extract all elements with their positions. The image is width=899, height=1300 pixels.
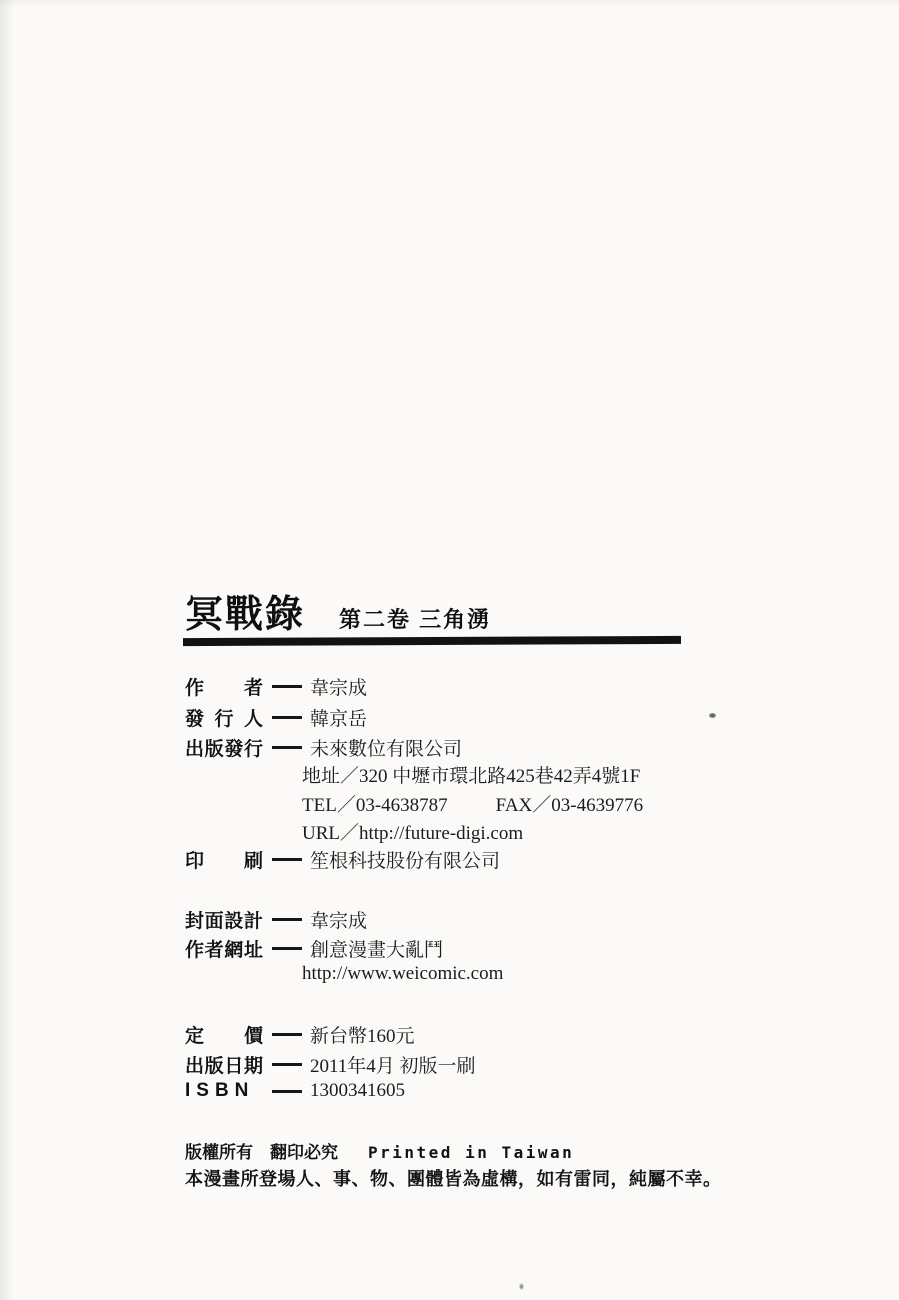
row-label: 作者網址 xyxy=(185,935,263,962)
row-value: 創意漫畫大亂鬥 xyxy=(310,935,443,962)
row-value: 1300341605 xyxy=(310,1080,405,1102)
row-publisher: 出版發行 未來數位有限公司 xyxy=(185,734,462,761)
row-author-site-url: http://www.weicomic.com xyxy=(302,963,503,985)
printed-in-taiwan: Printed in Taiwan xyxy=(368,1143,574,1162)
publisher-url: URL／http://future-digi.com xyxy=(302,818,523,845)
volume-subtitle: 第二卷 三角湧 xyxy=(339,603,491,634)
row-pub-date: 出版日期 2011年4月 初版一刷 xyxy=(185,1051,476,1078)
row-value: 未來數位有限公司 xyxy=(310,734,462,761)
book-title-block: 冥戰錄 第二卷 三角湧 xyxy=(185,583,491,638)
row-label: 作者 xyxy=(185,673,263,700)
row-value: 韓京岳 xyxy=(310,704,367,731)
publisher-fax: FAX／03-4639776 xyxy=(496,790,643,817)
scan-speck xyxy=(709,713,716,718)
row-author-site: 作者網址 創意漫畫大亂鬥 xyxy=(185,935,443,962)
scan-edge-shading xyxy=(0,0,14,1300)
dash-divider xyxy=(272,947,302,950)
row-value: 韋宗成 xyxy=(310,673,367,700)
publisher-tel: TEL／03-4638787 xyxy=(302,790,448,817)
dash-divider xyxy=(272,918,302,921)
colophon-page: 冥戰錄 第二卷 三角湧 作者 韋宗成 發行人 韓京岳 出版發行 未來數位有限公司… xyxy=(0,0,899,1300)
row-address: 地址／320 中壢市環北路425巷42弄4號1F xyxy=(302,761,640,788)
book-title: 冥戰錄 xyxy=(185,583,305,638)
row-url: URL／http://future-digi.com xyxy=(302,818,523,845)
row-value: 2011年4月 初版一刷 xyxy=(310,1051,476,1078)
row-label: 封面設計 xyxy=(185,906,263,933)
copyright-line: 版權所有 翻印必究 Printed in Taiwan xyxy=(185,1138,574,1163)
dash-divider xyxy=(272,1090,302,1093)
row-label: 定價 xyxy=(185,1021,263,1048)
row-value: 新台幣160元 xyxy=(310,1021,415,1048)
row-isbn: ISBN 1300341605 xyxy=(185,1080,405,1102)
row-label: 出版日期 xyxy=(185,1051,263,1078)
row-tel-fax: TEL／03-4638787 FAX／03-4639776 xyxy=(302,790,643,817)
row-price: 定價 新台幣160元 xyxy=(185,1021,415,1048)
row-label: ISBN xyxy=(185,1080,263,1102)
publisher-address: 地址／320 中壢市環北路425巷42弄4號1F xyxy=(302,761,640,788)
row-value: 韋宗成 xyxy=(310,906,367,933)
row-issuer: 發行人 韓京岳 xyxy=(185,704,367,731)
row-label: 印刷 xyxy=(185,846,263,873)
row-author: 作者 韋宗成 xyxy=(185,673,367,700)
title-underline-rule xyxy=(183,636,681,646)
dash-divider xyxy=(272,1063,302,1066)
row-label: 發行人 xyxy=(185,704,263,731)
disclaimer-line: 本漫畫所登場人、事、物、團體皆為虛構，如有雷同，純屬不幸。 xyxy=(185,1165,722,1191)
dash-divider xyxy=(272,716,302,719)
author-site-url: http://www.weicomic.com xyxy=(302,963,503,985)
dash-divider xyxy=(272,1033,302,1036)
row-label: 出版發行 xyxy=(185,734,263,761)
dash-divider xyxy=(272,685,302,688)
scan-speck xyxy=(519,1283,524,1290)
row-printer: 印刷 笙根科技股份有限公司 xyxy=(185,846,500,873)
row-value: 笙根科技股份有限公司 xyxy=(310,846,500,873)
dash-divider xyxy=(272,858,302,861)
scan-edge-shading-top xyxy=(0,0,899,8)
dash-divider xyxy=(272,746,302,749)
rights-statement: 版權所有 翻印必究 xyxy=(185,1138,338,1163)
row-cover-design: 封面設計 韋宗成 xyxy=(185,906,367,933)
